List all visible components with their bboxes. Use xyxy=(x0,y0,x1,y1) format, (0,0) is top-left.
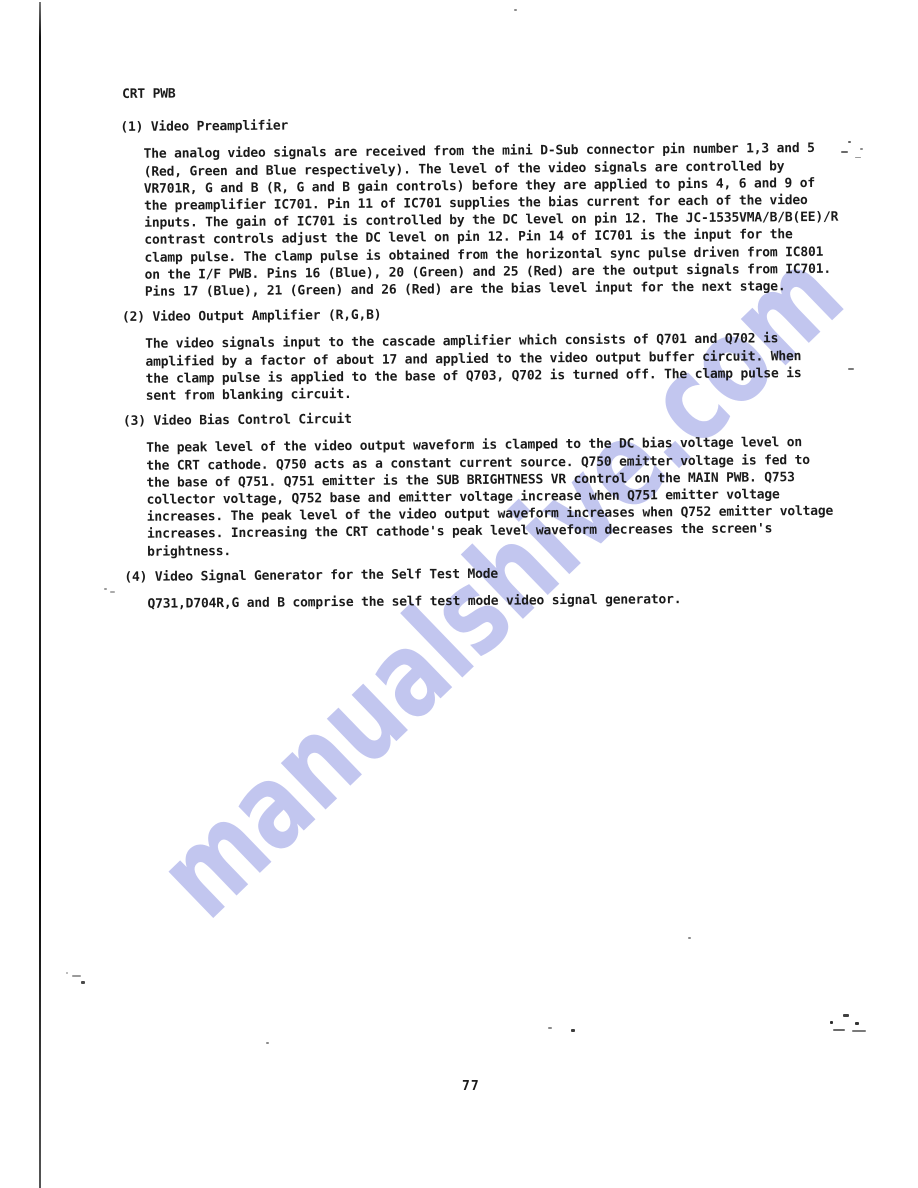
section-body: The video signals input to the cascade a… xyxy=(145,330,885,405)
scan-speck xyxy=(848,141,851,143)
section-video-signal-generator: (4) Video Signal Generator for the Self … xyxy=(124,562,886,613)
section-video-preamplifier: (1) Video Preamplifier The analog video … xyxy=(120,113,884,302)
scan-speck xyxy=(852,1030,866,1032)
document-page: manualshive.com CRT PWB (1) Video Preamp… xyxy=(0,0,918,1188)
section-body: The peak level of the video output wavef… xyxy=(146,434,886,561)
page-title: CRT PWB xyxy=(122,79,882,103)
scan-speck xyxy=(66,972,68,974)
scan-speck xyxy=(110,591,115,593)
scan-speck xyxy=(104,588,107,590)
scan-speck xyxy=(855,1022,859,1025)
section-heading: (3) Video Bias Control Circuit xyxy=(123,407,885,431)
section-video-bias-control: (3) Video Bias Control Circuit The peak … xyxy=(123,407,886,561)
section-heading: (1) Video Preamplifier xyxy=(120,113,882,137)
scan-speck xyxy=(830,1021,833,1024)
page-content: CRT PWB (1) Video Preamplifier The analo… xyxy=(120,79,887,621)
scan-speck xyxy=(571,1029,575,1032)
scan-speck xyxy=(860,148,863,150)
section-body: The analog video signals are received fr… xyxy=(144,140,884,301)
scan-speck xyxy=(548,1027,552,1029)
scan-speck xyxy=(841,151,848,153)
scan-speck xyxy=(266,1042,269,1044)
section-heading: (2) Video Output Amplifier (R,G,B) xyxy=(122,303,884,327)
section-body: Q731,D704R,G and B comprise the self tes… xyxy=(147,589,886,613)
scan-speck xyxy=(855,157,861,158)
scan-speck xyxy=(848,368,854,370)
scan-edge-line xyxy=(39,2,41,1188)
scan-speck xyxy=(843,1014,849,1017)
scan-speck xyxy=(688,937,691,939)
scan-speck xyxy=(72,975,81,977)
page-number: 77 xyxy=(462,1079,480,1094)
section-heading: (4) Video Signal Generator for the Self … xyxy=(124,562,886,586)
scan-speck xyxy=(514,9,517,11)
scan-speck xyxy=(833,1029,845,1031)
scan-speck xyxy=(81,981,85,984)
section-video-output-amplifier: (2) Video Output Amplifier (R,G,B) The v… xyxy=(122,303,885,406)
